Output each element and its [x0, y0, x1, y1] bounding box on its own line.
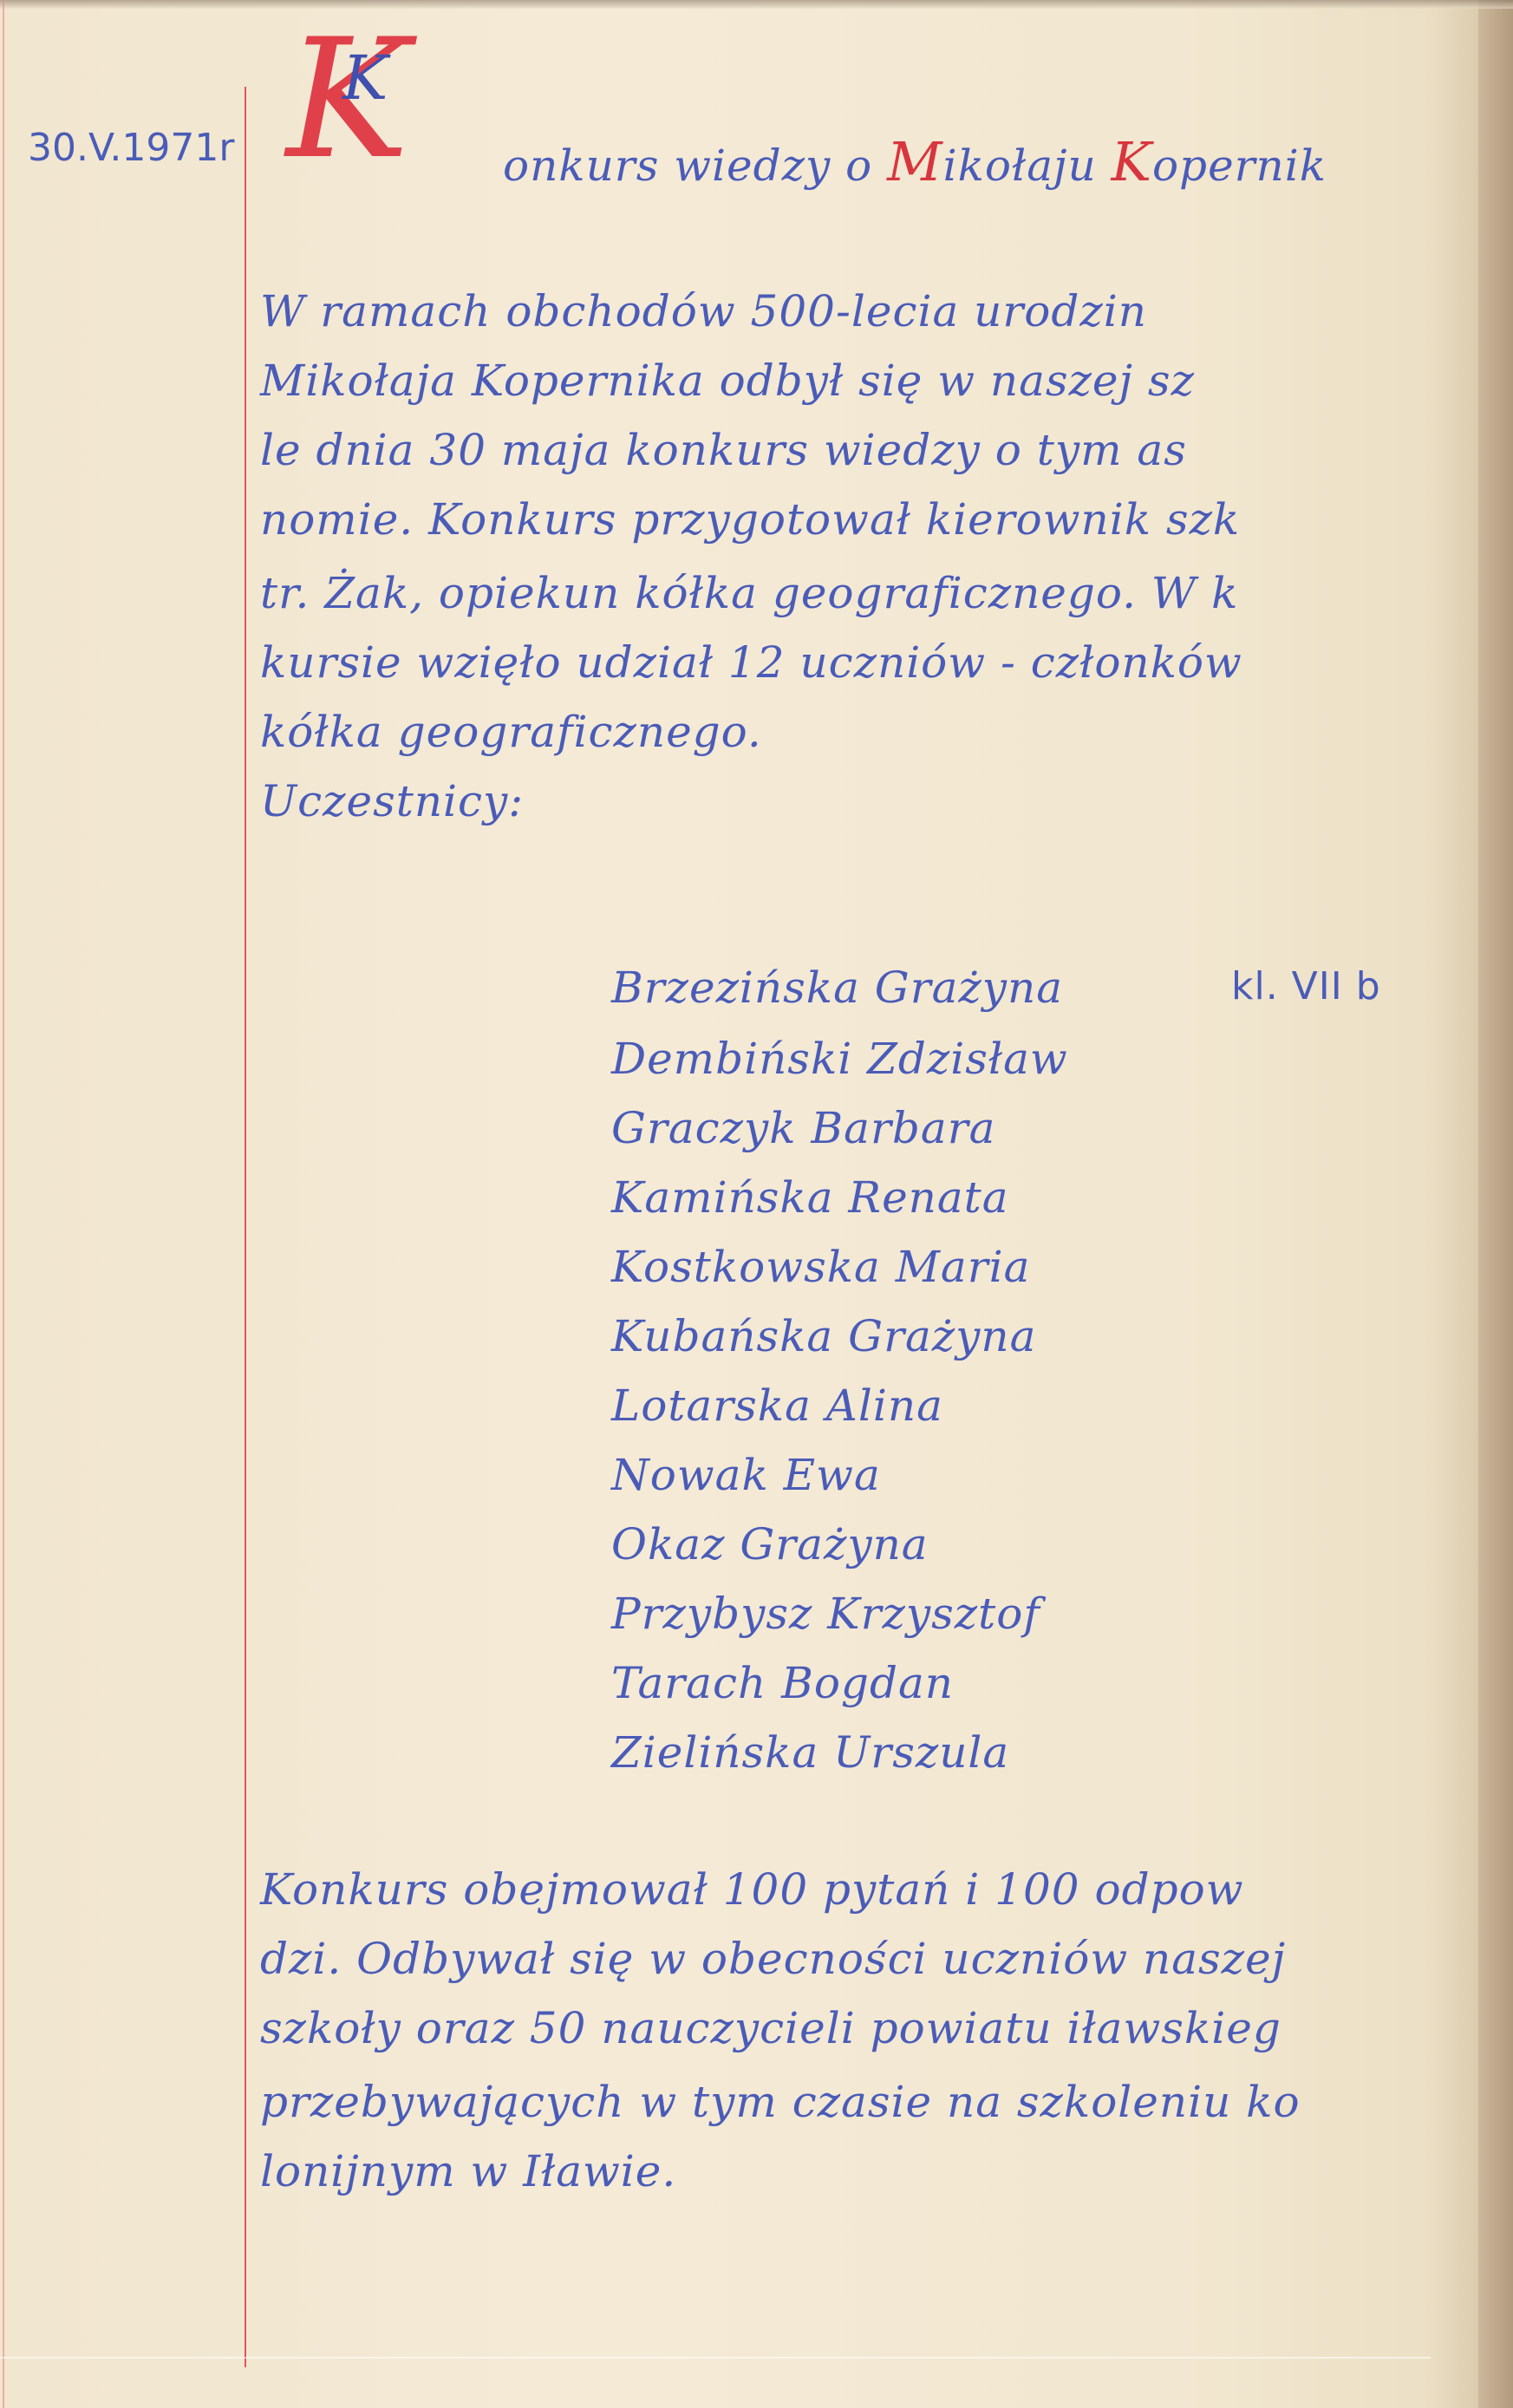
participants-heading: Uczestnicy: [260, 776, 524, 826]
closing-line: dzi. Odbywał się w obecności uczniów nas… [260, 1934, 1286, 1984]
participant-class: kl. VII b [1231, 964, 1381, 1008]
margin-line [245, 87, 246, 2367]
closing-line: szkoły oraz 50 nauczycieli powiatu iławs… [260, 2003, 1281, 2053]
participant-name: Lotarska Alina [611, 1380, 943, 1431]
intro-line: W ramach obchodów 500-lecia urodzin [260, 286, 1147, 336]
paper-crease [0, 2357, 1431, 2359]
participant-name: Tarach Bogdan [611, 1658, 954, 1708]
left-edge-line [3, 0, 4, 2408]
closing-line: Konkurs obejmował 100 pytań i 100 odpow [260, 1864, 1244, 1915]
intro-line: nomie. Konkurs przygotował kierownik szk [260, 494, 1240, 545]
intro-line: Mikołaja Kopernika odbył się w naszej sz [260, 356, 1195, 406]
intro-line: tr. Żak, opiekun kółka geograficznego. W… [260, 568, 1238, 618]
page-title: onkurs wiedzy o Mikołaju Kopernik [503, 130, 1327, 193]
participant-name: Brzezińska Grażyna [611, 963, 1063, 1013]
page-top-edge [0, 0, 1513, 9]
participant-name: Kamińska Renata [611, 1172, 1009, 1223]
participant-name: Dembiński Zdzisław [611, 1034, 1068, 1084]
title-surname-rest: opernik [1152, 140, 1327, 191]
intro-line: kursie wzięło udział 12 uczniów - członk… [260, 637, 1242, 688]
intro-line: le dnia 30 maja konkurs wiedzy o tym as [260, 425, 1187, 475]
title-surname-initial: K [1112, 130, 1152, 193]
page-curl-shadow [1431, 0, 1478, 2408]
participant-name: Okaz Grażyna [611, 1519, 929, 1569]
title-name-initial: M [887, 130, 942, 193]
entry-date: 30.V.1971r [28, 126, 234, 170]
participant-name: Nowak Ewa [611, 1450, 881, 1500]
page-stack-edge [1478, 0, 1513, 2408]
title-name-rest: ikołaju [943, 140, 1112, 191]
intro-line: kółka geograficznego. [260, 707, 762, 757]
participant-name: Kostkowska Maria [611, 1242, 1030, 1292]
closing-line: przebywających w tym czasie na szkoleniu… [260, 2077, 1301, 2127]
title-text: onkurs wiedzy o [503, 140, 887, 191]
closing-line: lonijnym w Iławie. [260, 2146, 676, 2196]
participant-name: Graczyk Barbara [611, 1103, 995, 1153]
title-initial-blue: K [342, 48, 388, 108]
participant-name: Zielińska Urszula [611, 1727, 1009, 1778]
participant-name: Przybysz Krzysztof [611, 1589, 1040, 1639]
participant-name: Kubańska Grażyna [611, 1311, 1036, 1361]
